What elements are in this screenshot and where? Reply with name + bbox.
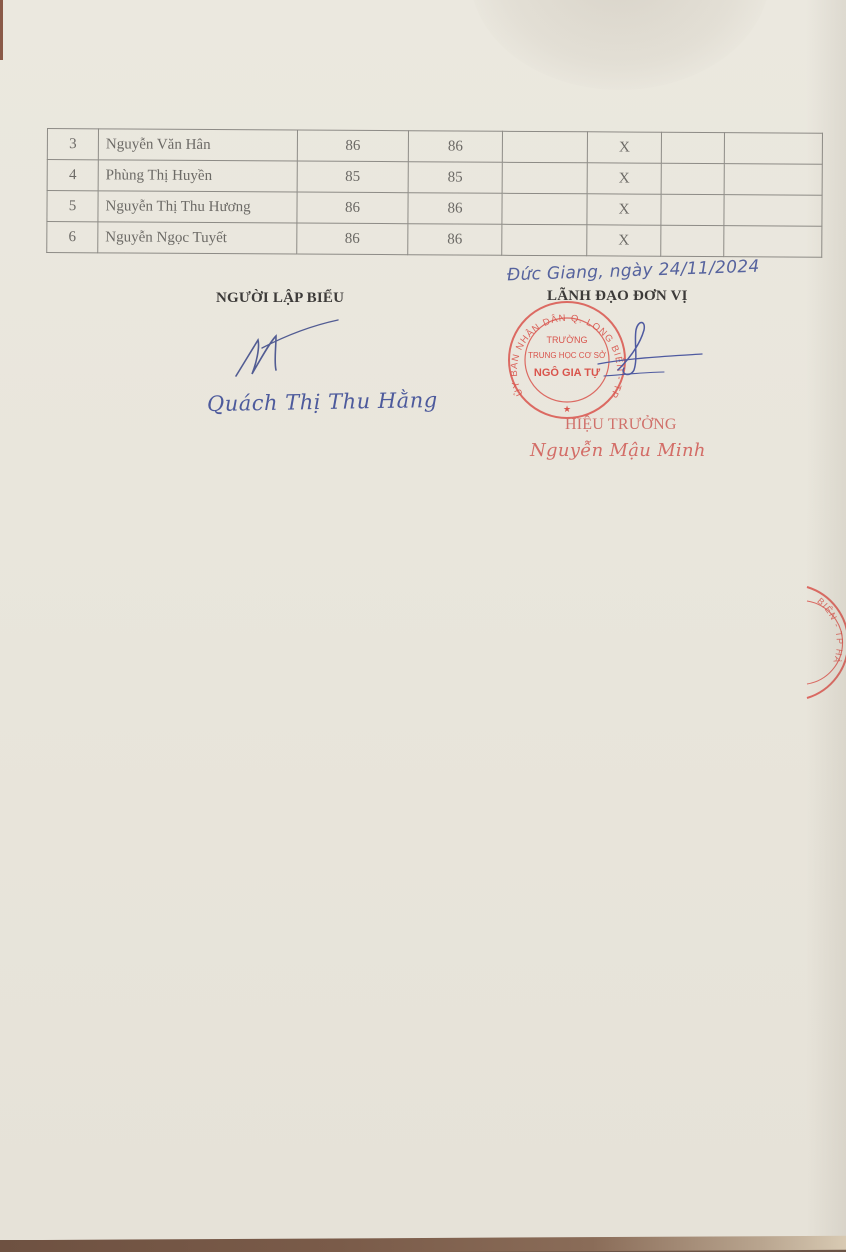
empty-cell (502, 224, 587, 256)
row-number: 5 (47, 191, 98, 222)
empty-cell (502, 131, 587, 163)
preparer-title: NGƯỜI LẬP BIỂU (216, 290, 344, 307)
empty-cell (661, 132, 724, 163)
score-2: 85 (408, 162, 502, 194)
table-row: 6Nguyễn Ngọc Tuyết8686X (47, 222, 822, 258)
preparer-signature (230, 318, 350, 388)
svg-text:TRƯỜNG: TRƯỜNG (547, 335, 588, 345)
student-name: Nguyễn Ngọc Tuyết (98, 222, 297, 254)
empty-cell (661, 194, 724, 225)
table-row: 5Nguyễn Thị Thu Hương8686X (47, 191, 822, 227)
principal-title: HIỆU TRƯỞNG (565, 416, 677, 434)
mark-cell: X (587, 194, 661, 225)
table-row: 4Phùng Thị Huyền8585X (47, 160, 822, 196)
score-1: 86 (297, 130, 408, 162)
score-table: 3Nguyễn Văn Hân8686X4Phùng Thị Huyền8585… (46, 128, 823, 258)
score-2: 86 (408, 224, 502, 256)
score-table-wrapper: 3Nguyễn Văn Hân8686X4Phùng Thị Huyền8585… (46, 128, 823, 258)
score-1: 86 (297, 223, 408, 255)
student-name: Phùng Thị Huyền (98, 160, 297, 192)
empty-cell (724, 133, 822, 165)
svg-text:★: ★ (563, 405, 571, 415)
partial-edge-stamp: BIÊN - TP HÀ (805, 585, 846, 700)
preparer-name-handwritten: Quách Thị Thu Hằng (207, 388, 438, 416)
score-1: 86 (297, 192, 408, 224)
score-1: 85 (297, 161, 408, 193)
principal-signature (590, 318, 710, 388)
table-row: 3Nguyễn Văn Hân8686X (47, 129, 822, 165)
mark-cell: X (587, 163, 661, 194)
empty-cell (661, 163, 724, 194)
student-name: Nguyễn Văn Hân (98, 129, 297, 161)
mark-cell: X (587, 132, 661, 163)
empty-cell (724, 226, 822, 258)
score-2: 86 (408, 131, 502, 163)
date-handwritten: Đức Giang, ngày 24/11/2024 (507, 257, 760, 286)
student-name: Nguyễn Thị Thu Hương (98, 191, 297, 223)
row-number: 3 (47, 129, 98, 160)
page-edge (0, 0, 3, 60)
row-number: 6 (47, 222, 98, 253)
row-number: 4 (47, 160, 98, 191)
svg-text:BIÊN - TP HÀ: BIÊN - TP HÀ (815, 596, 845, 665)
mark-cell: X (587, 225, 661, 256)
empty-cell (502, 162, 587, 194)
empty-cell (724, 195, 822, 227)
empty-cell (661, 225, 724, 256)
principal-name: Nguyễn Mậu Minh (530, 440, 706, 461)
empty-cell (502, 193, 587, 225)
document-page: 3Nguyễn Văn Hân8686X4Phùng Thị Huyền8585… (0, 0, 846, 1240)
empty-cell (724, 164, 822, 196)
score-2: 86 (408, 193, 502, 225)
